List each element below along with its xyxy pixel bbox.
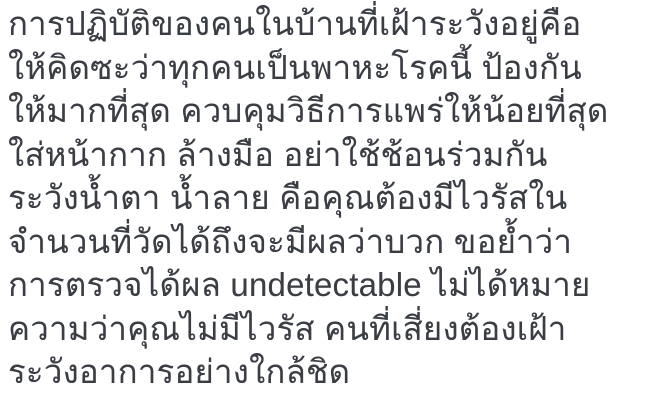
text-screenshot: การปฏิบัติของคนในบ้านที่เฝ้าระวังอยู่คือ… <box>0 0 645 407</box>
text-line-7: การตรวจได้ผล undetectable ไม่ได้หมาย <box>8 263 645 307</box>
text-line-4: ใส่หน้ากาก ล้างมือ อย่าใช้ช้อนร่วมกัน <box>8 133 645 177</box>
text-line-6: จำนวนที่วัดได้ถึงจะมีผลว่าบวก ขอย้ำว่า <box>8 220 645 264</box>
text-line-1: การปฏิบัติของคนในบ้านที่เฝ้าระวังอยู่คือ <box>8 2 645 46</box>
text-line-5: ระวังน้ำตา น้ำลาย คือคุณต้องมีไวรัสใน <box>8 176 645 220</box>
text-line-3: ให้มากที่สุด ควบคุมวิธีการแพร่ให้น้อยที่… <box>8 89 645 133</box>
text-line-2: ให้คิดซะว่าทุกคนเป็นพาหะโรคนี้ ป้องกัน <box>8 46 645 90</box>
thai-text-paragraph: การปฏิบัติของคนในบ้านที่เฝ้าระวังอยู่คือ… <box>8 2 645 394</box>
text-line-8: ความว่าคุณไม่มีไวรัส คนที่เสี่ยงต้องเฝ้า <box>8 307 645 351</box>
text-line-9: ระวังอาการอย่างใกล้ชิด <box>8 350 645 394</box>
